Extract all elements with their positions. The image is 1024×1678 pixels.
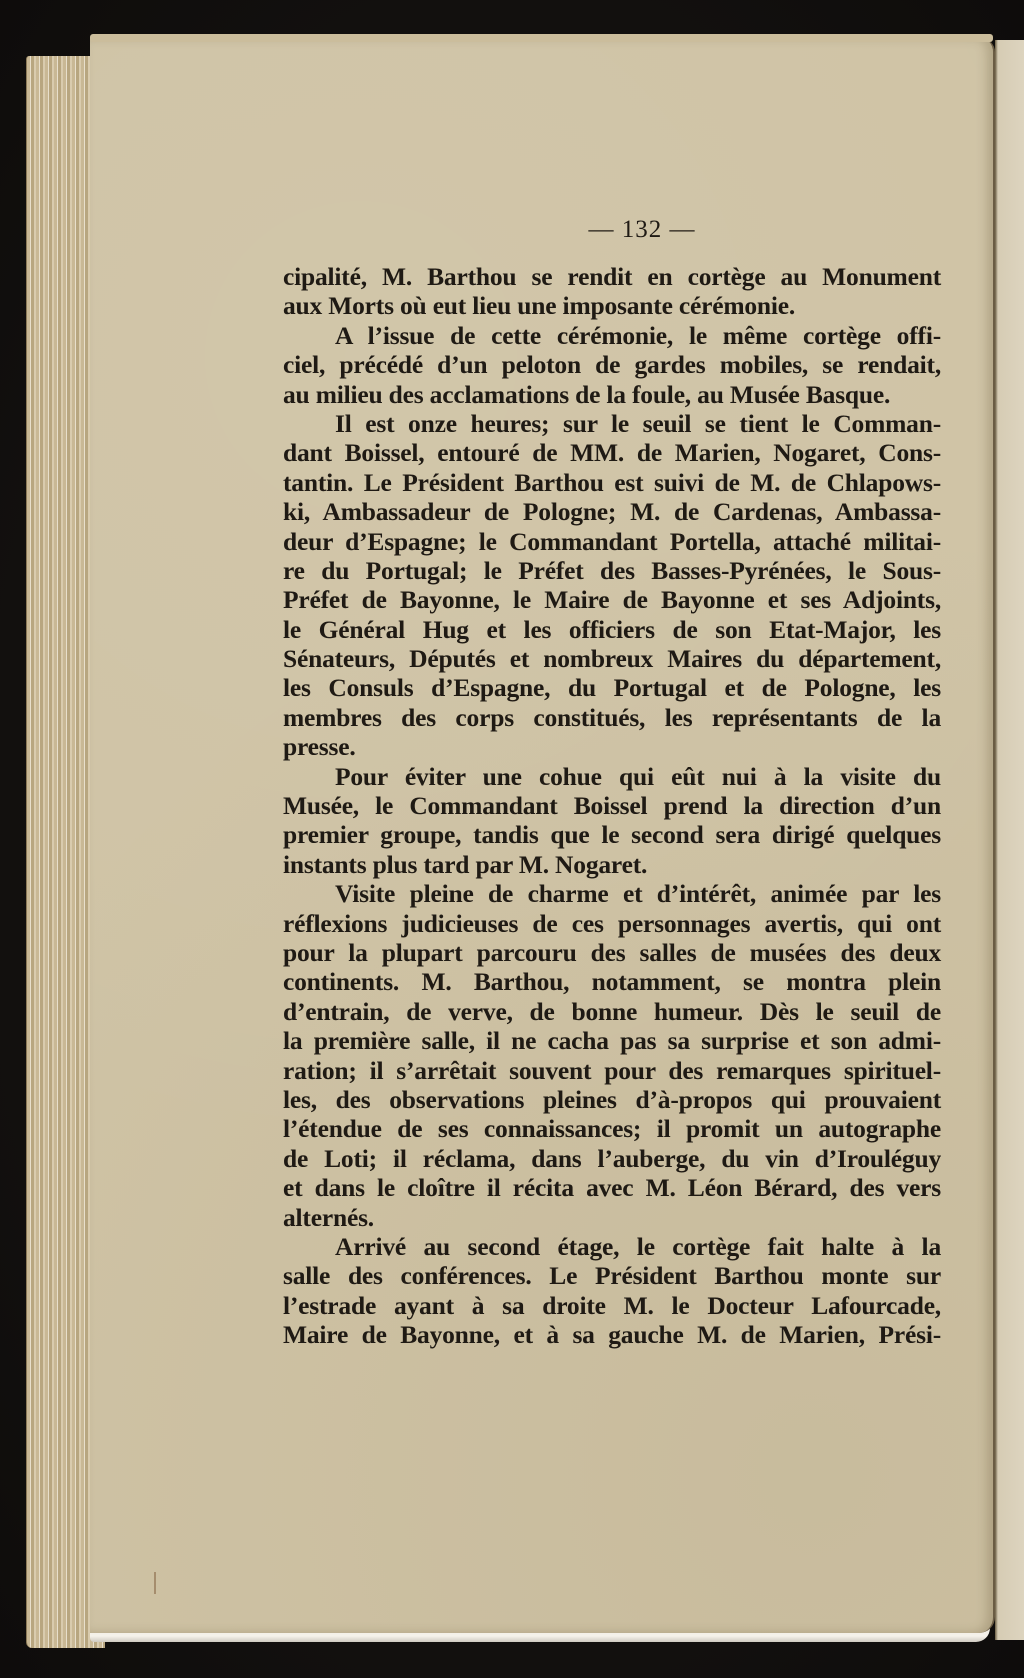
text-line: cipalité, M. Barthou se rendit en cortèg… [283,262,941,291]
text-line: Sénateurs, Députés et nombreux Maires du… [283,644,941,673]
text-body: cipalité, M. Barthou se rendit en cortèg… [283,262,941,1349]
adjacent-page-edge [995,40,1024,1640]
ink-smudge [154,1572,156,1594]
text-line: ration; il s’arrêtait souvent pour des r… [283,1056,941,1085]
text-line: d’entrain, de verve, de bonne humeur. Dè… [283,997,941,1026]
text-line: les Consuls d’Espagne, du Portugal et de… [283,673,941,702]
text-line: l’étendue de ses connaissances; il promi… [283,1114,941,1143]
text-line: dant Boissel, entouré de MM. de Marien, … [283,438,941,467]
text-line: alternés. [283,1203,941,1232]
text-line: Visite pleine de charme et d’intérêt, an… [283,879,941,908]
text-line: de Loti; il réclama, dans l’auberge, du … [283,1144,941,1173]
text-line: Arrivé au second étage, le cortège fait … [283,1232,941,1261]
text-line: Maire de Bayonne, et à sa gauche M. de M… [283,1320,941,1349]
text-line: instants plus tard par M. Nogaret. [283,850,941,879]
text-line: au milieu des acclamations de la foule, … [283,380,941,409]
text-line: ciel, précédé d’un peloton de gardes mob… [283,350,941,379]
text-line: salle des conférences. Le Président Bart… [283,1261,941,1290]
text-line: presse. [283,732,941,761]
text-line: A l’issue de cette cérémonie, le même co… [283,321,941,350]
text-line: l’estrade ayant à sa droite M. le Docteu… [283,1291,941,1320]
text-line: la première salle, il ne cacha pas sa su… [283,1026,941,1055]
text-line: et dans le cloître il récita avec M. Léo… [283,1173,941,1202]
text-line: re du Portugal; le Préfet des Basses-Pyr… [283,556,941,585]
text-line: ki, Ambassadeur de Pologne; M. de Carden… [283,497,941,526]
text-line: membres des corps constitués, les représ… [283,703,941,732]
text-line: premier groupe, tandis que le second ser… [283,820,941,849]
text-line: tantin. Le Président Barthou est suivi d… [283,468,941,497]
text-line: deur d’Espagne; le Commandant Portella, … [283,527,941,556]
text-line: Il est onze heures; sur le seuil se tien… [283,409,941,438]
text-line: aux Morts où eut lieu une imposante céré… [283,291,941,320]
text-line: Préfet de Bayonne, le Maire de Bayonne e… [283,585,941,614]
text-line: Pour éviter une cohue qui eût nui à la v… [283,762,941,791]
text-line: pour la plupart parcouru des salles de m… [283,938,941,967]
page-top-edge [90,34,993,42]
text-line: le Général Hug et les officiers de son E… [283,615,941,644]
text-line: réflexions judicieuses de ces personnage… [283,909,941,938]
page-number: — 132 — [343,215,941,245]
text-line: continents. M. Barthou, notamment, se mo… [283,967,941,996]
page-content: — 132 — cipalité, M. Barthou se rendit e… [283,215,941,1349]
text-line: Musée, le Commandant Boissel prend la di… [283,791,941,820]
text-line: les, des observations pleines d’à-propos… [283,1085,941,1114]
